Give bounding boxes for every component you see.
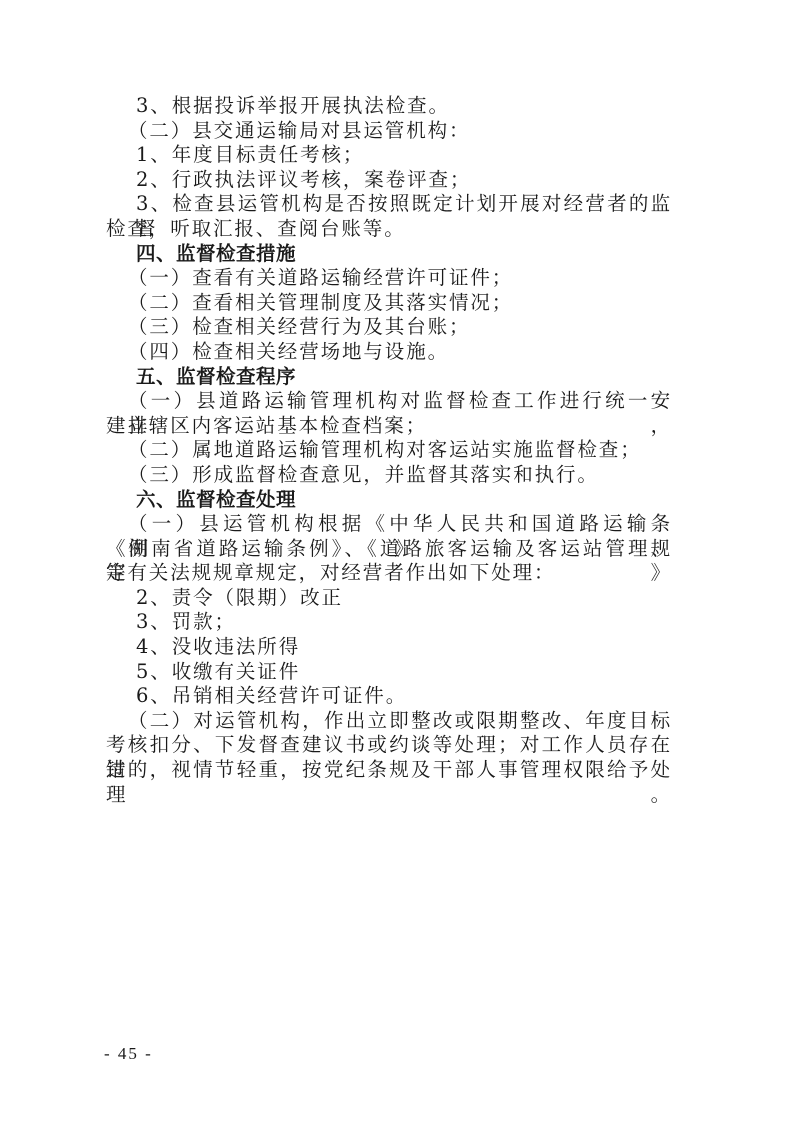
text-line: 3、检查县运管机构是否按照既定计划开展对经营者的监督 — [106, 192, 672, 217]
text-line: 5、收缴有关证件 — [106, 660, 672, 685]
text-line: 3、根据投诉举报开展执法检查。 — [106, 94, 672, 119]
text-line: （二）对运管机构，作出立即整改或限期整改、年度目标 — [106, 709, 672, 734]
text-line: （一）县道路运输管理机构对监督检查工作进行统一安排， — [106, 389, 672, 414]
text-line: 检查，听取汇报、查阅台账等。 — [106, 217, 672, 242]
text-line: （二）查看相关管理制度及其落实情况； — [106, 291, 672, 316]
text-line: （二）县交通运输局对县运管机构： — [106, 119, 672, 144]
text-line: （一）查看有关道路运输经营许可证件； — [106, 266, 672, 291]
text-line: 1、年度目标责任考核； — [106, 143, 672, 168]
text-line: 4、没收违法所得 — [106, 635, 672, 660]
text-line: （四）检查相关经营场地与设施。 — [106, 340, 672, 365]
text-line: 考核扣分、下发督查建议书或约谈等处理；对工作人员存在过 — [106, 733, 672, 758]
section-heading: 四、监督检查措施 — [106, 242, 672, 267]
section-heading: 五、监督检查程序 — [106, 365, 672, 390]
text-line: 2、责令（限期）改正 — [106, 586, 672, 611]
document-body: 3、根据投诉举报开展执法检查。 （二）县交通运输局对县运管机构： 1、年度目标责… — [106, 94, 672, 783]
text-line: 错的，视情节轻重，按党纪条规及干部人事管理权限给予处理。 — [106, 758, 672, 783]
text-line: 《湖南省道路运输条例》、《道路旅客运输及客运站管理规定》 — [106, 537, 672, 562]
text-line: （二）属地道路运输管理机构对客运站实施监督检查； — [106, 438, 672, 463]
page-number: - 45 - — [104, 1044, 153, 1064]
text-line: 3、罚款； — [106, 610, 672, 635]
text-line: （三）检查相关经营行为及其台账； — [106, 315, 672, 340]
text-line: 6、吊销相关经营许可证件。 — [106, 684, 672, 709]
text-line: （一）县运管机构根据《中华人民共和国道路运输条例》、 — [106, 512, 672, 537]
section-heading: 六、监督检查处理 — [106, 488, 672, 513]
text-line: （三）形成监督检查意见，并监督其落实和执行。 — [106, 463, 672, 488]
text-line: 2、行政执法评议考核，案卷评查； — [106, 168, 672, 193]
